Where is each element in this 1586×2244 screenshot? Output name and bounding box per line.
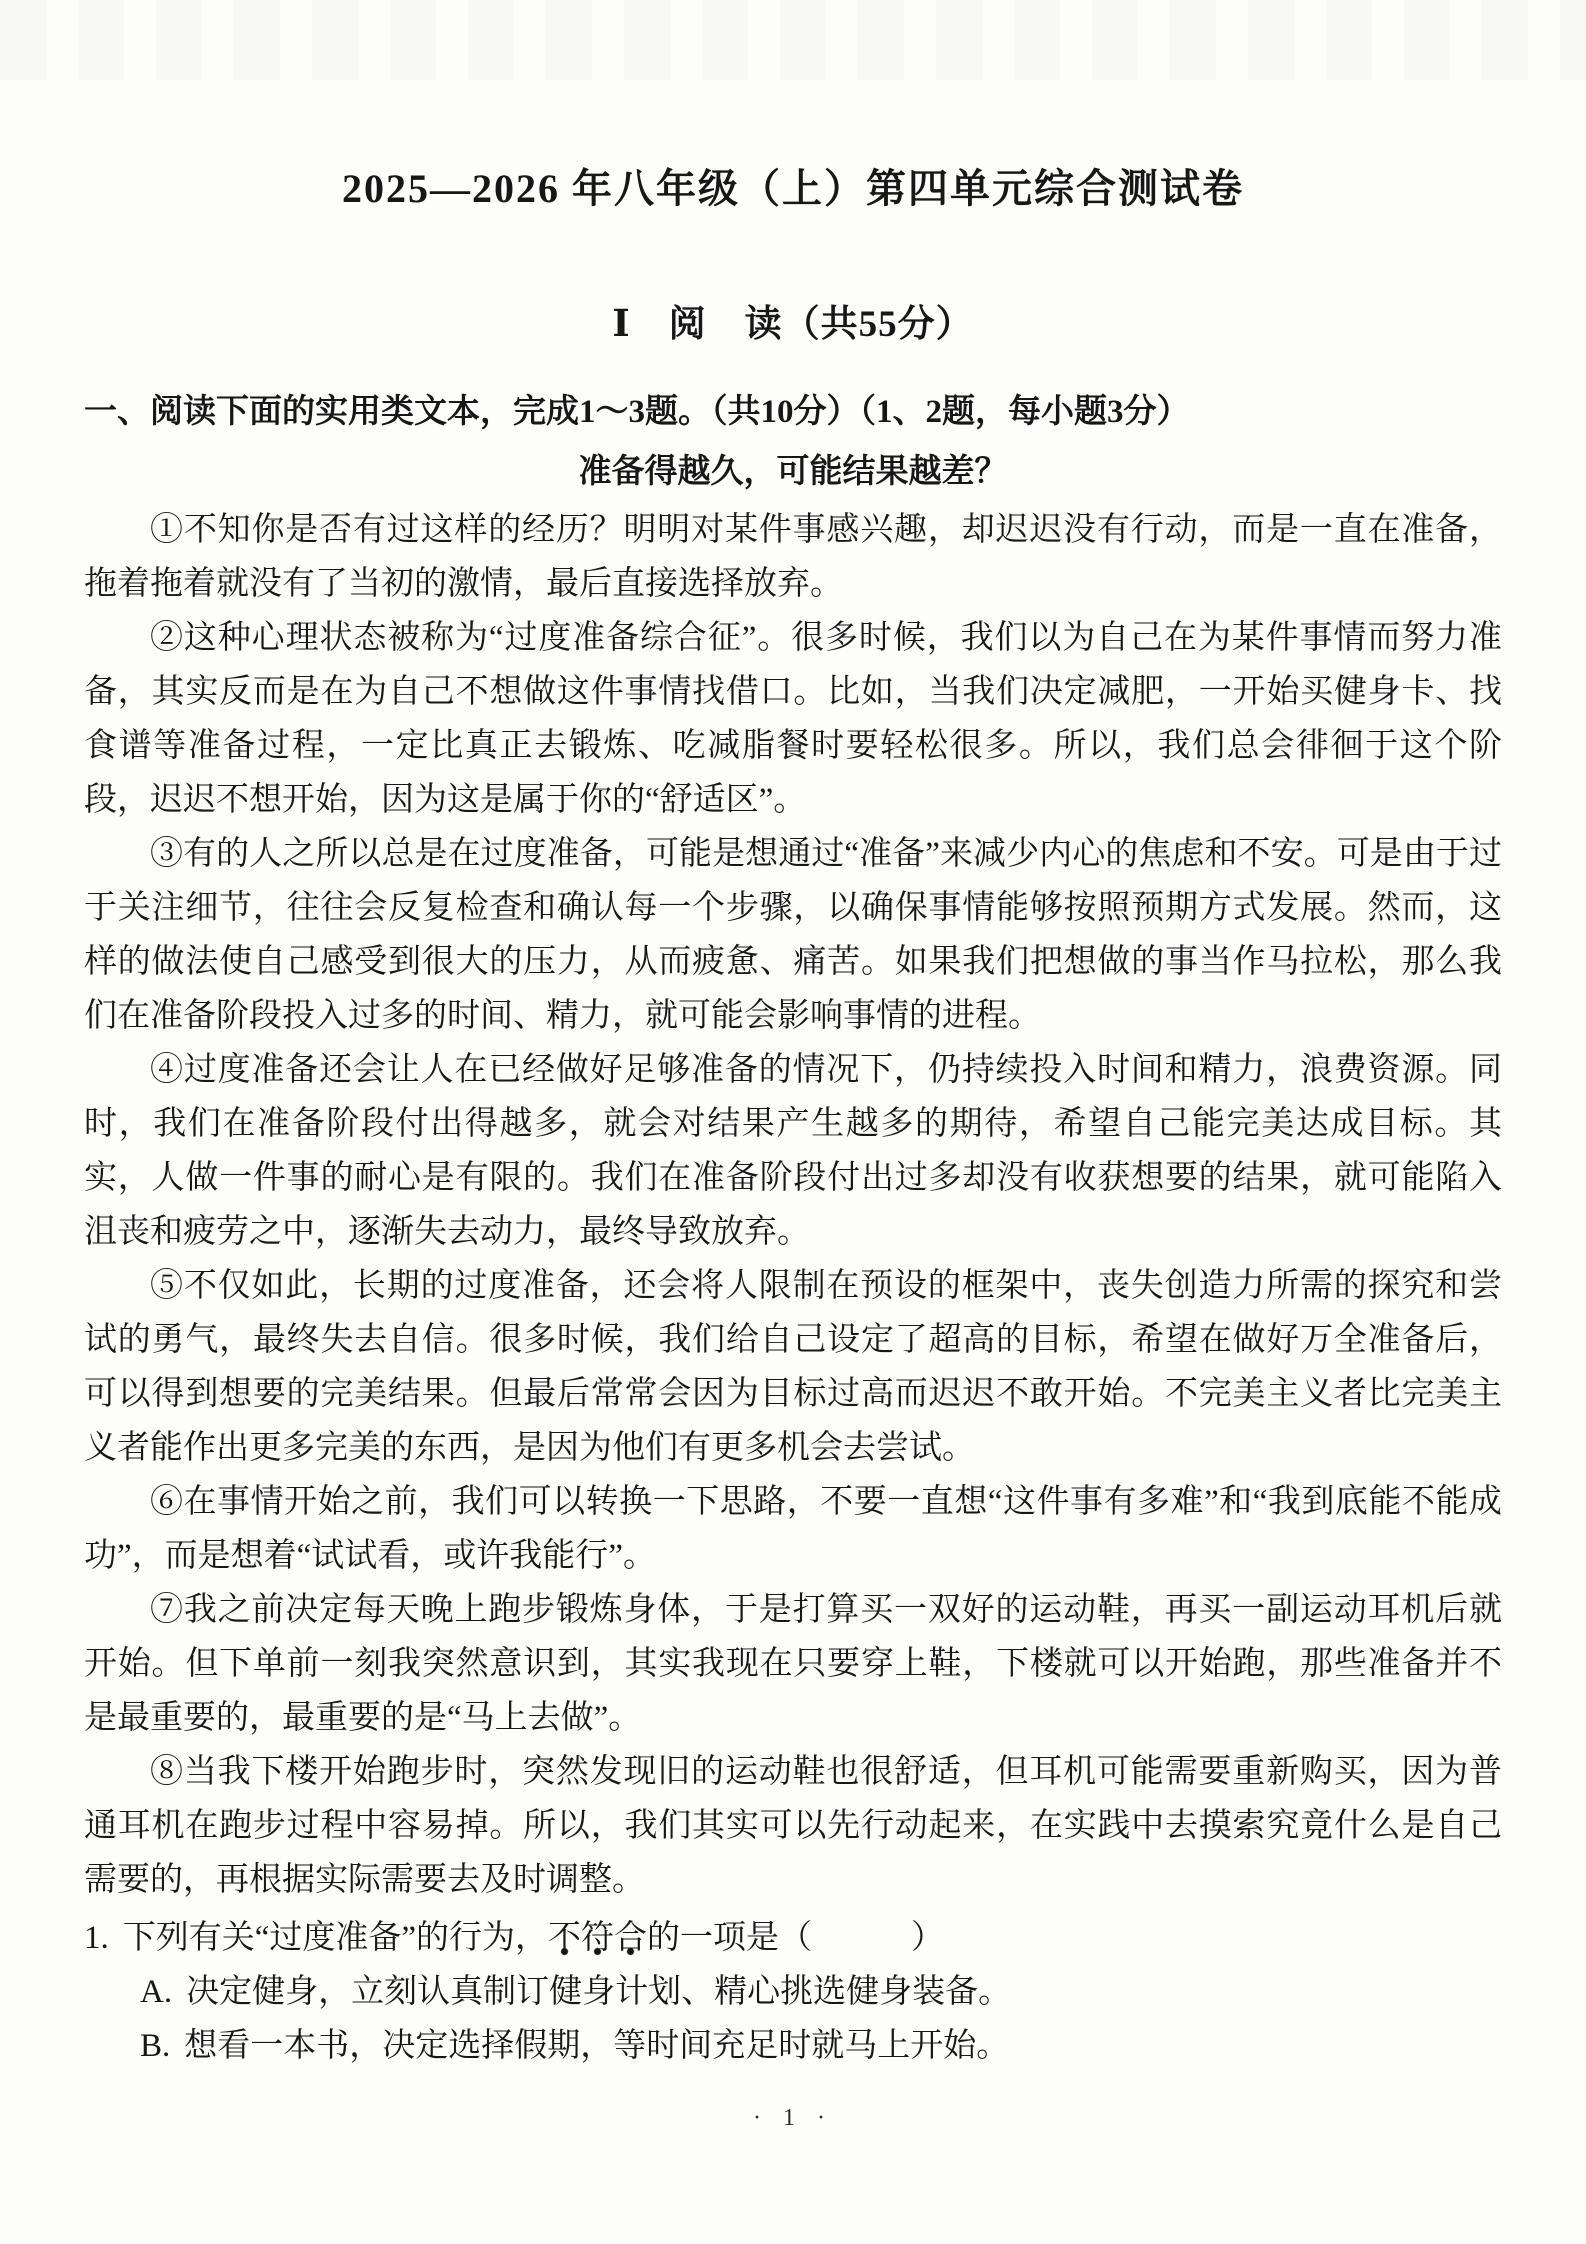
passage-title: 准备得越久，可能结果越差？ [84,451,1502,493]
passage-paragraph-3: ③有的人之所以总是在过度准备，可能是想通过“准备”来减少内心的焦虑和不安。可是由… [84,827,1502,1043]
passage-paragraph-5: ⑤不仅如此，长期的过度准备，还会将人限制在预设的框架中，丧失创造力所需的探究和尝… [84,1259,1502,1475]
question-1-stem: 下列有关“过度准备”的行为， [123,1920,548,1956]
page-title: 2025—2026 年八年级（上）第四单元综合测试卷 [84,0,1502,213]
question-1: 1.下列有关“过度准备”的行为，不符合的一项是（ ） [84,1911,1502,1965]
option-b-text: 想看一本书，决定选择假期，等时间充足时就马上开始。 [184,2028,1009,2064]
passage-body: ①不知你是否有过这样的经历？明明对某件事感兴趣，却迟迟没有行动，而是一直在准备，… [84,503,1502,1907]
section-heading: Ⅰ 阅 读（共55分） [84,303,1502,347]
option-b-label: B. [140,2028,170,2064]
option-a-label: A. [140,1974,172,2010]
question-1-option-b: B.想看一本书，决定选择假期，等时间充足时就马上开始。 [84,2019,1502,2073]
passage-paragraph-8: ⑧当我下楼开始跑步时，突然发现旧的运动鞋也很舒适，但耳机可能需要重新购买，因为普… [84,1745,1502,1907]
passage-paragraph-1: ①不知你是否有过这样的经历？明明对某件事感兴趣，却迟迟没有行动，而是一直在准备，… [84,503,1502,611]
question-1-stem-emphasis: 不符合 [548,1920,647,1956]
passage-paragraph-6: ⑥在事情开始之前，我们可以转换一下思路，不要一直想“这件事有多难”和“我到底能不… [84,1475,1502,1583]
passage-paragraph-2: ②这种心理状态被称为“过度准备综合征”。很多时候，我们以为自己在为某件事情而努力… [84,611,1502,827]
passage-paragraph-7: ⑦我之前决定每天晚上跑步锻炼身体，于是打算买一双好的运动鞋，再买一副运动耳机后就… [84,1583,1502,1745]
passage-paragraph-4: ④过度准备还会让人在已经做好足够准备的情况下，仍持续投入时间和精力，浪费资源。同… [84,1043,1502,1259]
question-1-option-a: A.决定健身，立刻认真制订健身计划、精心挑选健身装备。 [84,1965,1502,2019]
page-number: · 1 · [0,2105,1586,2132]
option-a-text: 决定健身，立刻认真制订健身计划、精心挑选健身装备。 [186,1974,1011,2010]
page-content: 2025—2026 年八年级（上）第四单元综合测试卷 Ⅰ 阅 读（共55分） 一… [0,0,1586,2073]
question-1-stem-tail: 的一项是（ ） [647,1920,944,1956]
exam-paper-page: 2025—2026 年八年级（上）第四单元综合测试卷 Ⅰ 阅 读（共55分） 一… [0,0,1586,2244]
question-1-number: 1. [84,1920,109,1956]
part-one-instruction: 一、阅读下面的实用类文本，完成1～3题。（共10分）（1、2题，每小题3分） [84,391,1502,433]
